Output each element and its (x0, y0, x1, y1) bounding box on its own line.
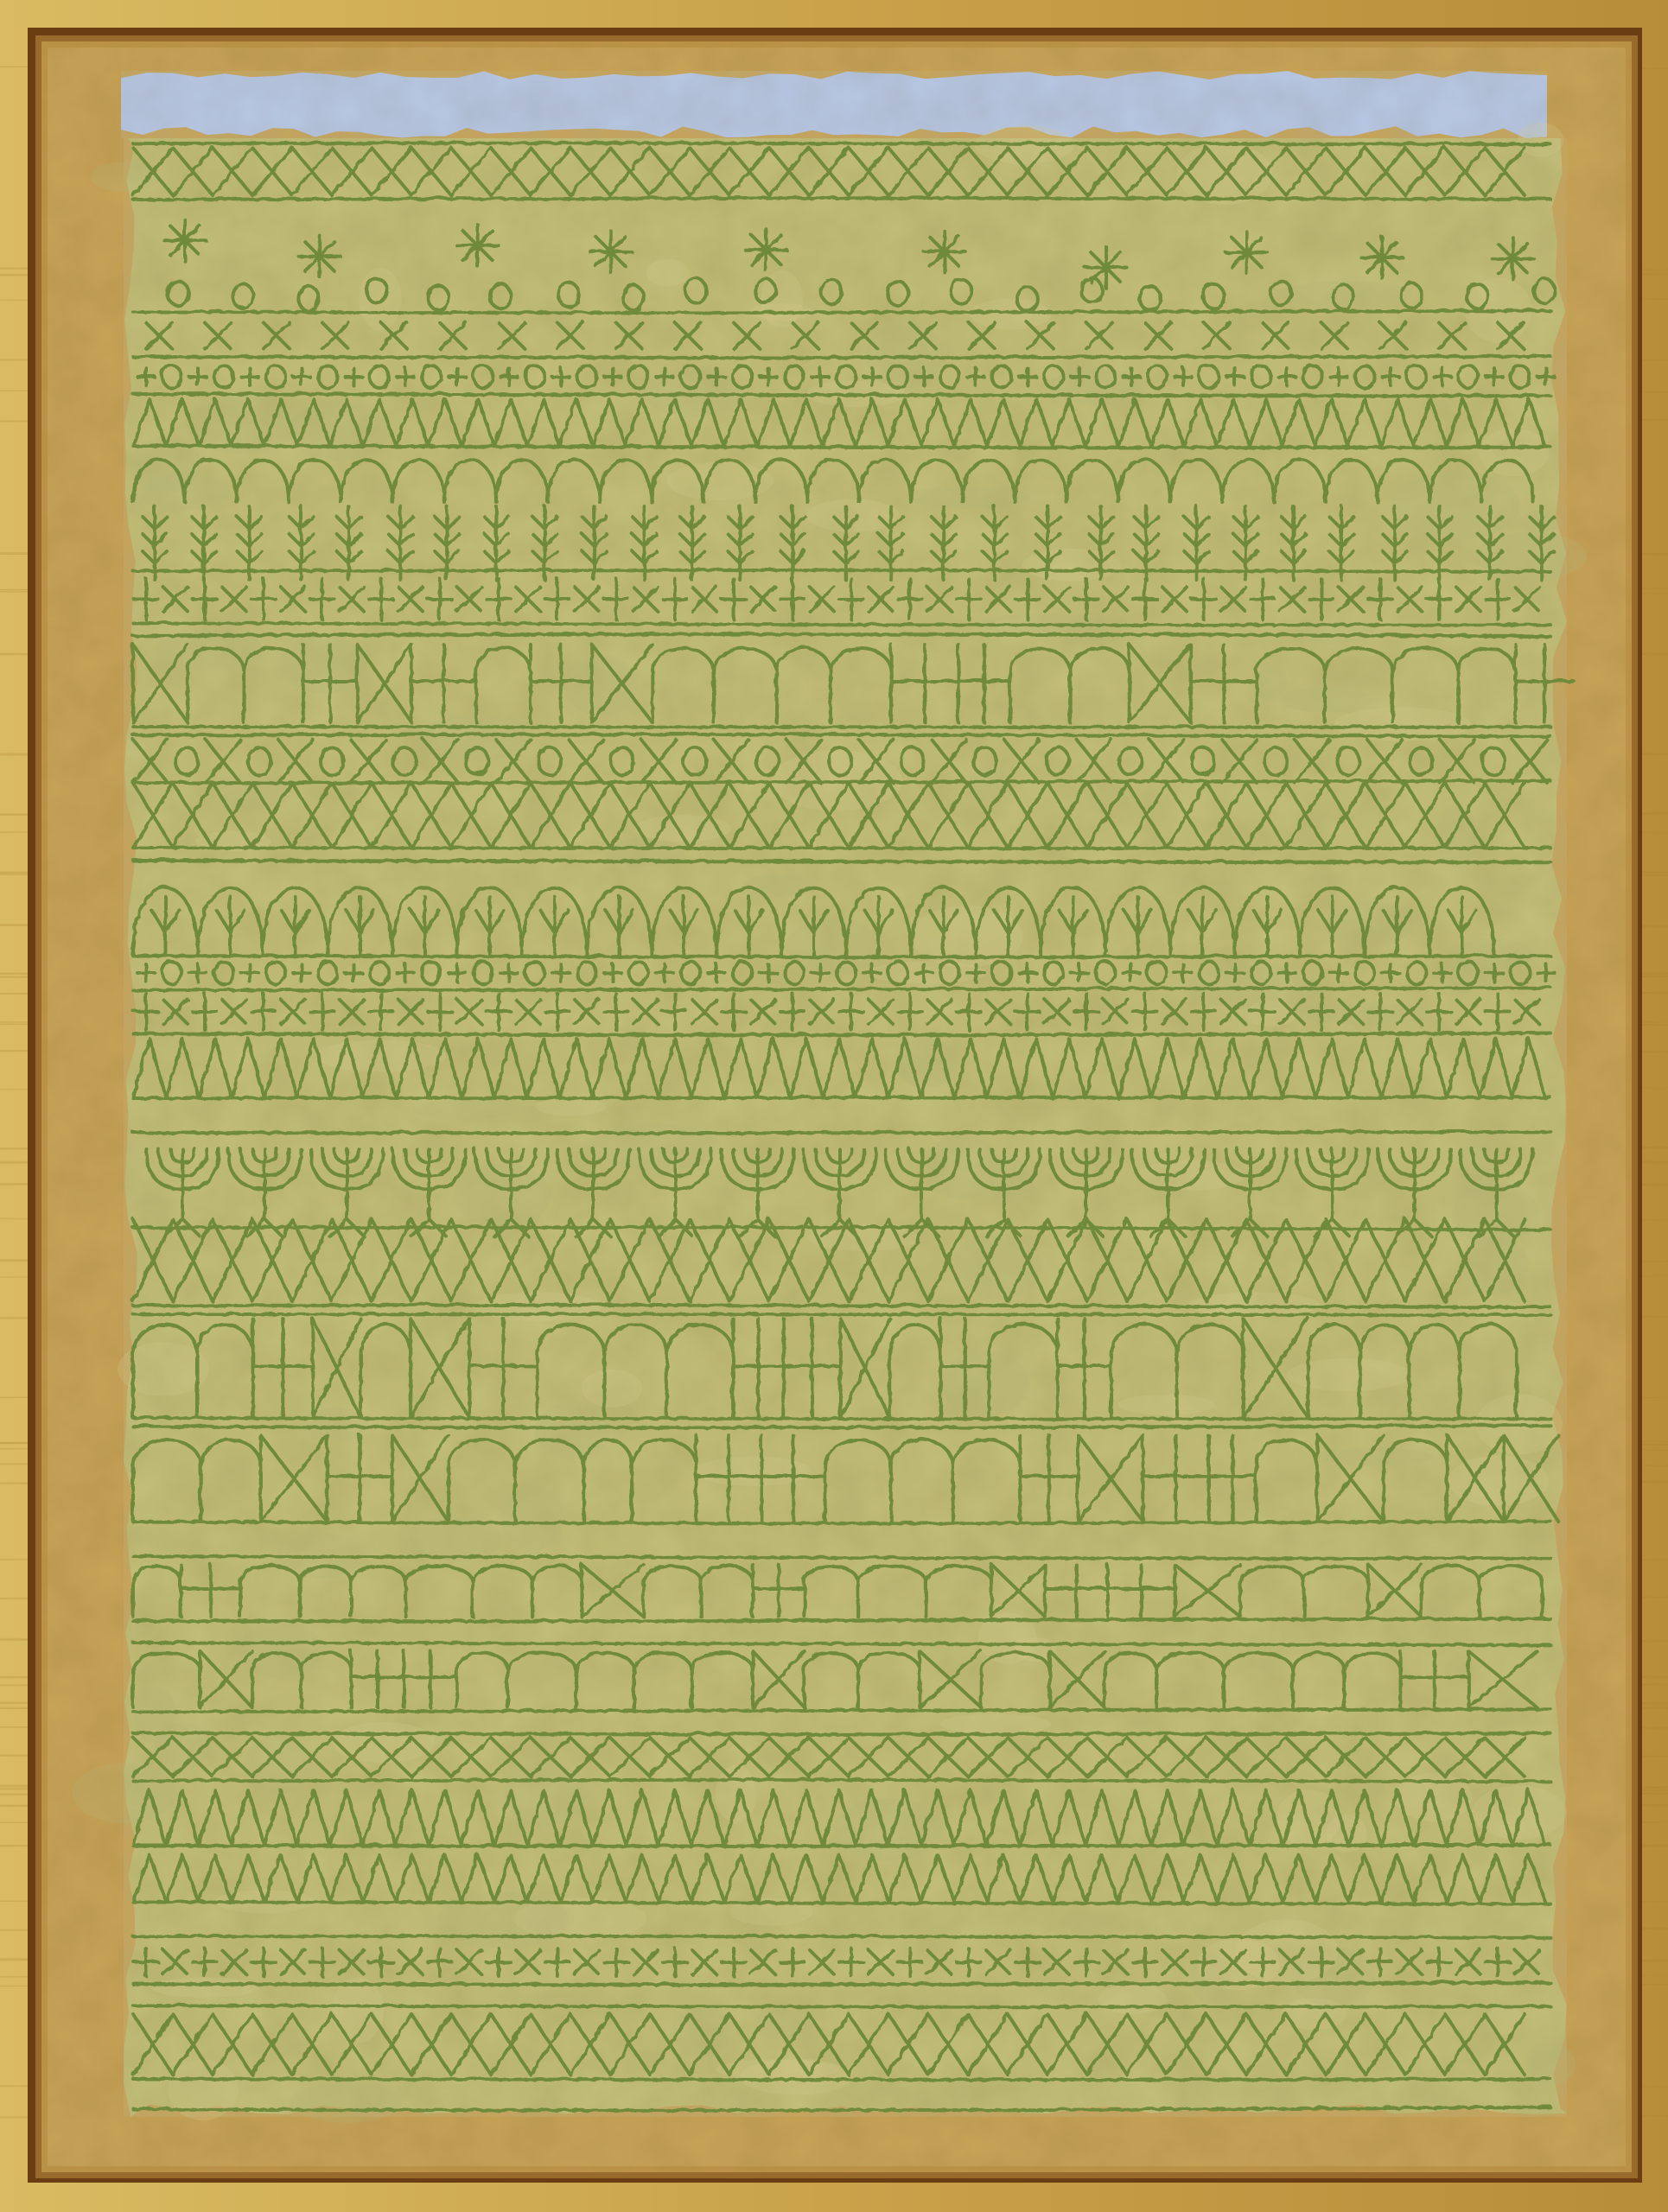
blue-sky-strip (121, 71, 1547, 138)
painting (0, 0, 1668, 2212)
painting-canvas (0, 0, 1668, 2212)
